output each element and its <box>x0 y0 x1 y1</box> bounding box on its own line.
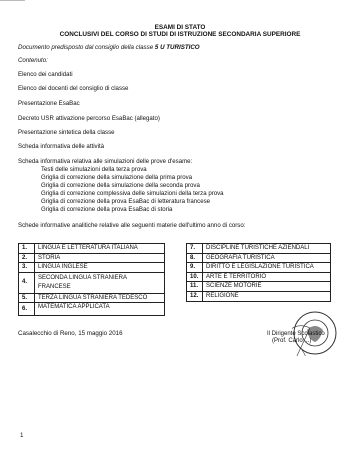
subject-number: 6. <box>19 303 35 316</box>
signer-name: (Prof. Carlo ...) <box>272 338 311 344</box>
subject-number: 9. <box>187 263 203 273</box>
document-prepared-by: Documento predisposto dal consiglio dell… <box>18 44 200 51</box>
contents-item: Scheda informativa delle attività <box>18 143 104 150</box>
table-row: 8. GEOGRAFIA TURISTICA <box>187 253 331 263</box>
document-prefix: Documento predisposto dal consiglio dell… <box>18 44 153 51</box>
subject-name-line2: FRANCESE <box>38 283 161 292</box>
page-number: 1 <box>20 432 23 439</box>
table-row: 6. MATEMATICA APPLICATA <box>19 303 165 316</box>
place-date: Casalecchio di Reno, 15 maggio 2016 <box>18 330 123 337</box>
subject-number: 4. <box>19 272 35 293</box>
doc-title-line1: ESAMI DI STATO <box>0 24 360 31</box>
subject-name: ARTE E TERRITORIO <box>203 272 331 282</box>
contents-item: Elenco dei candidati <box>18 71 73 78</box>
contents-label: Contenuto: <box>18 57 48 64</box>
subject-name: DIRITTO E LEGISLAZIONE TURISTICA <box>203 263 331 273</box>
subject-number: 1. <box>19 244 35 254</box>
scan-edge-mark <box>0 0 25 1</box>
table-row: 2. STORIA <box>19 253 165 263</box>
table-row: 11. SCIENZE MOTORIE <box>187 282 331 292</box>
table-row: 10. ARTE E TERRITORIO <box>187 272 331 282</box>
table-row: 12. RELIGIONE <box>187 291 331 301</box>
subject-number: 7. <box>187 244 203 254</box>
subject-number: 2. <box>19 253 35 263</box>
subject-name: SCIENZE MOTORIE <box>203 282 331 292</box>
subjects-table-left: 1. LINGUA E LETTERATURA ITALIANA 2. STOR… <box>18 243 165 316</box>
table-row: 9. DIRITTO E LEGISLAZIONE TURISTICA <box>187 263 331 273</box>
contents-item: Presentazione sintetica della classe <box>18 129 115 136</box>
subject-name: STORIA <box>35 253 165 263</box>
subject-number: 11. <box>187 282 203 292</box>
simulation-item: Griglia di correzione della prova EsaBac… <box>41 198 210 205</box>
subject-name: SECONDA LINGUA STRANIERA FRANCESE <box>35 272 165 293</box>
doc-title-line2: CONCLUSIVI DEL CORSO DI STUDI DI ISTRUZI… <box>0 31 360 38</box>
subject-name: TERZA LINGUA STRANIERA TEDESCO <box>35 293 165 303</box>
table-row: 3. LINGUA INGLESE <box>19 263 165 273</box>
subject-number: 5. <box>19 293 35 303</box>
contents-item: Decreto USR attivazione percorso EsaBac … <box>18 115 160 122</box>
simulations-heading: Scheda informativa relativa alle simulaz… <box>18 158 192 165</box>
subject-name: GEOGRAFIA TURISTICA <box>203 253 331 263</box>
signer-title: Il Dirigente Scolastico <box>267 331 325 337</box>
subject-number: 8. <box>187 253 203 263</box>
subjects-heading: Schede informative analitiche relative a… <box>18 222 245 229</box>
class-name: 5 U TURISTICO <box>155 44 200 51</box>
table-row: 7. DISCIPLINE TURISTICHE AZIENDALI <box>187 244 331 254</box>
subject-name: LINGUA E LETTERATURA ITALIANA <box>35 244 165 254</box>
contents-item: Presentazione EsaBac <box>18 100 80 107</box>
simulation-item: Testi delle simulazioni della terza prov… <box>41 166 147 173</box>
subjects-table-right: 7. DISCIPLINE TURISTICHE AZIENDALI 8. GE… <box>186 243 331 302</box>
simulation-item: Griglia di correzione complessiva delle … <box>41 190 224 197</box>
subject-number: 3. <box>19 263 35 273</box>
simulation-item: Griglia di correzione della prova EsaBac… <box>41 206 172 213</box>
table-row: 4. SECONDA LINGUA STRANIERA FRANCESE <box>19 272 165 293</box>
table-row: 5. TERZA LINGUA STRANIERA TEDESCO <box>19 293 165 303</box>
table-row: 1. LINGUA E LETTERATURA ITALIANA <box>19 244 165 254</box>
subject-number: 12. <box>187 291 203 301</box>
subject-name: LINGUA INGLESE <box>35 263 165 273</box>
subject-number: 10. <box>187 272 203 282</box>
subject-name: MATEMATICA APPLICATA <box>35 303 165 316</box>
subject-name: DISCIPLINE TURISTICHE AZIENDALI <box>203 244 331 254</box>
simulation-item: Griglia di correzione della simulazione … <box>41 174 192 181</box>
subject-name: RELIGIONE <box>203 291 331 301</box>
simulation-item: Griglia di correzione della simulazione … <box>41 182 200 189</box>
contents-item: Elenco dei docenti del consiglio di clas… <box>18 85 128 92</box>
subject-name-line1: SECONDA LINGUA STRANIERA <box>38 274 161 283</box>
